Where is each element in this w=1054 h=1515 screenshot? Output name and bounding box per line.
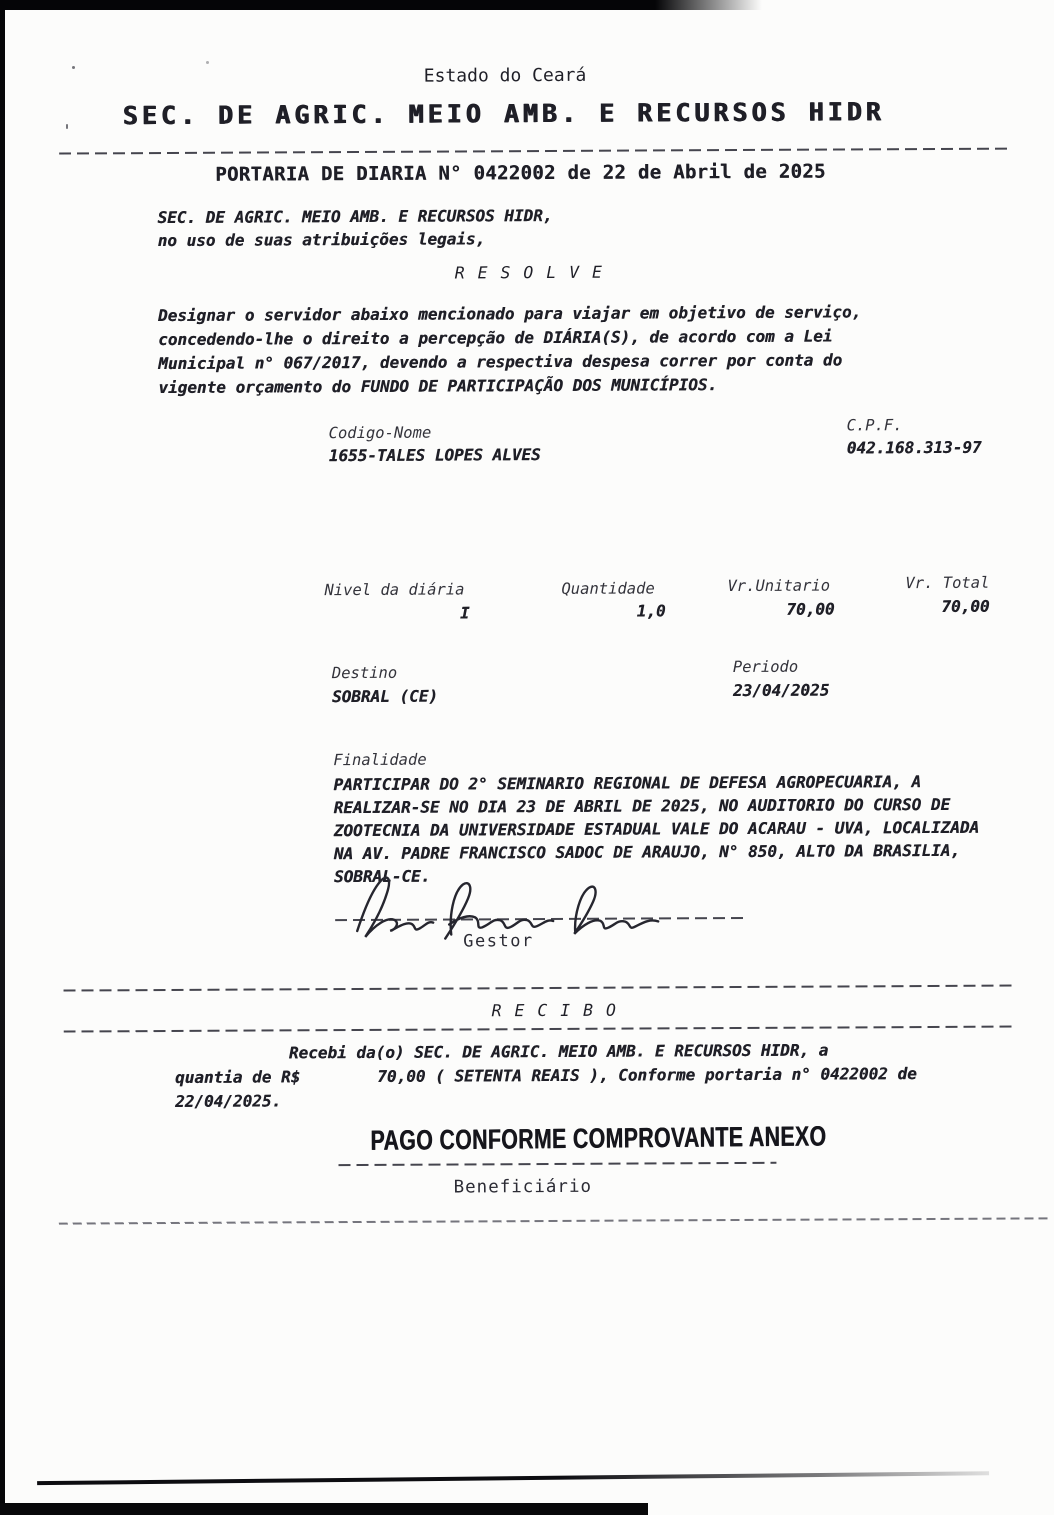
allowance-header-vr-total: Vr. Total — [905, 575, 989, 593]
receipt-line: Recebi da(o) SEC. DE AGRIC. MEIO AMB. E … — [289, 1042, 829, 1063]
preamble-org-line: SEC. DE AGRIC. MEIO AMB. E RECURSOS HIDR… — [157, 207, 552, 227]
allowance-value-vr-unitario: 70,00 — [728, 600, 835, 619]
period-value: 23/04/2025 — [733, 682, 829, 701]
period-label: Periodo — [733, 659, 798, 677]
state-header: Estado do Ceará — [424, 66, 587, 88]
purpose-line: ZOOTECNIA DA UNIVERSIDADE ESTADUAL VALE … — [334, 819, 979, 841]
receipt-line: quantia de R$ 70,00 ( SETENTA REAIS ), C… — [175, 1065, 917, 1087]
code-name-label: Codigo-Nome — [329, 425, 432, 443]
paid-stamp: PAGO CONFORME COMPROVANTE ANEXO — [370, 1120, 826, 1157]
org-header: SEC. DE AGRIC. MEIO AMB. E RECURSOS HIDR — [123, 98, 885, 131]
scan-bottom-rule — [37, 1471, 989, 1485]
allowance-value-vr-total: 70,00 — [903, 598, 989, 617]
signer-role: Gestor — [463, 932, 534, 952]
scanned-document-page: Estado do Ceará SEC. DE AGRIC. MEIO AMB.… — [0, 0, 1054, 1515]
separator-line — [64, 1026, 1015, 1033]
allowance-value-nivel: I — [325, 604, 470, 623]
purpose-line: REALIZAR-SE NO DIA 23 DE ABRIL DE 2025, … — [334, 796, 951, 818]
allowance-value-quantidade: 1,0 — [554, 602, 666, 621]
allowance-header-vr-unitario: Vr.Unitario — [727, 578, 830, 596]
document-content: Estado do Ceará SEC. DE AGRIC. MEIO AMB.… — [0, 0, 1054, 1515]
body-line: concedendo-lhe o direito a percepção de … — [158, 328, 832, 350]
destination-label: Destino — [332, 665, 397, 683]
allowance-header-quantidade: Quantidade — [561, 580, 654, 598]
separator-line — [64, 985, 1015, 992]
destination-value: SOBRAL (CE) — [332, 688, 438, 707]
body-line: vigente orçamento do FUNDO DE PARTICIPAÇ… — [158, 376, 717, 397]
code-name-value: 1655-TALES LOPES ALVES — [329, 446, 541, 466]
beneficiary-label: Beneficiário — [454, 1177, 593, 1198]
purpose-label: Finalidade — [333, 752, 426, 770]
body-line: Municipal n° 067/2017, devendo a respect… — [158, 351, 842, 373]
portaria-title: PORTARIA DE DIARIA N° 0422002 de 22 de A… — [215, 162, 826, 187]
cpf-value: 042.168.313-97 — [847, 439, 982, 458]
purpose-line: PARTICIPAR DO 2° SEMINARIO REGIONAL DE D… — [333, 773, 921, 794]
cpf-label: C.P.F. — [847, 417, 903, 435]
resolve-heading: R E S O L V E — [455, 264, 604, 284]
beneficiary-signature-line — [338, 1162, 776, 1166]
receipt-line: 22/04/2025. — [175, 1092, 281, 1111]
scan-bottom-border — [0, 1503, 648, 1515]
preamble-attributions-line: no uso de suas atribuições legais, — [158, 230, 486, 250]
receipt-heading: R E C I B O — [492, 1002, 618, 1022]
allowance-header-nivel: Nivel da diária — [324, 581, 464, 600]
body-line: Designar o servidor abaixo mencionado pa… — [158, 303, 861, 325]
separator-line — [59, 1217, 1051, 1224]
separator-line — [59, 148, 1010, 155]
purpose-line: NA AV. PADRE FRANCISCO SADOC DE ARAUJO, … — [334, 842, 960, 864]
